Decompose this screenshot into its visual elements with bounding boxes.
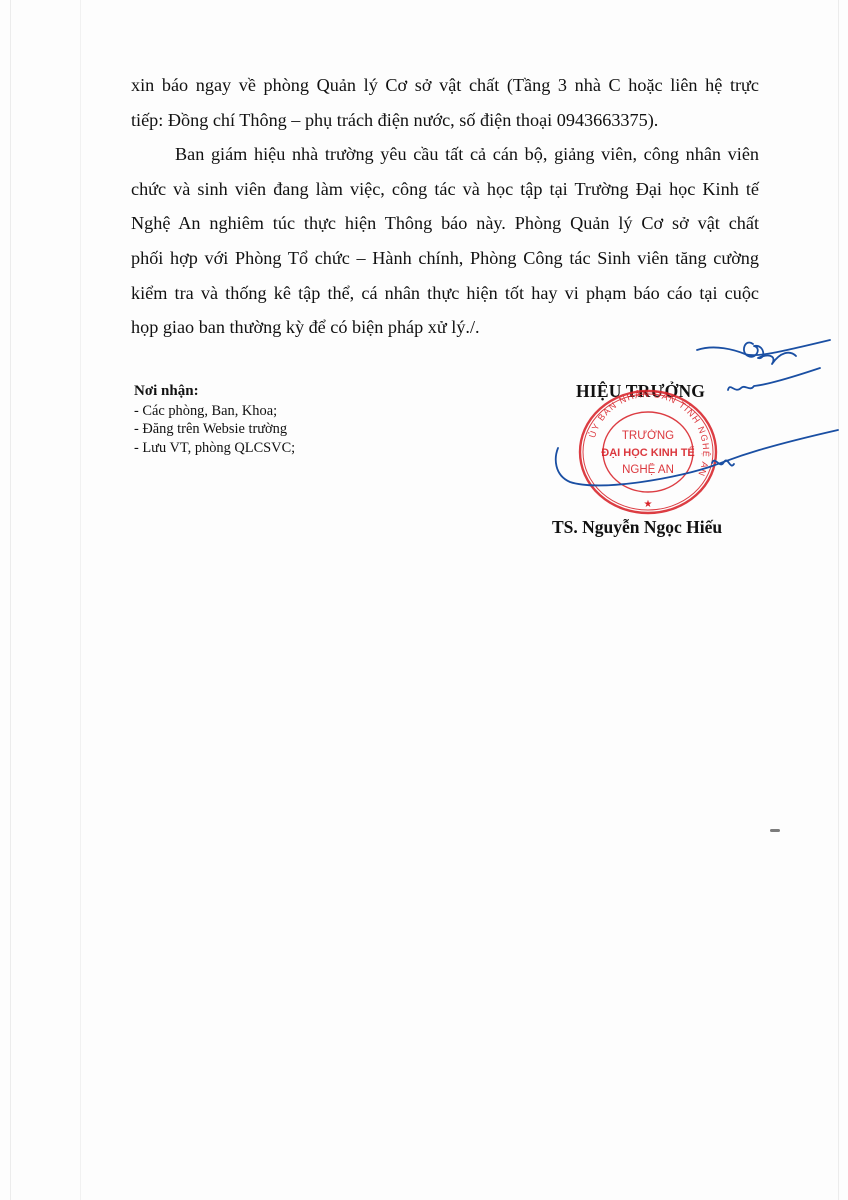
- stamp-line: ĐẠI HỌC KINH TẾ: [601, 446, 695, 459]
- text-line: tiếp: Đồng chí Thông – phụ trách điện nư…: [131, 103, 759, 138]
- text-line: phối hợp với Phòng Tổ chức – Hành chính,…: [131, 241, 759, 276]
- scan-edge: [10, 0, 11, 1200]
- stamp-star-icon: ★: [644, 499, 653, 510]
- text-line: kiểm tra và thống kê tập thể, cá nhân th…: [131, 276, 759, 311]
- paragraph-directive: Ban giám hiệu nhà trường yêu cầu tất cả …: [131, 137, 759, 345]
- paragraph-contact: xin báo ngay về phòng Quản lý Cơ sở vật …: [131, 68, 759, 137]
- text-line: chức và sinh viên đang làm việc, công tá…: [131, 172, 759, 207]
- document-body: xin báo ngay về phòng Quản lý Cơ sở vật …: [131, 68, 759, 345]
- signer-name: TS. Nguyễn Ngọc Hiếu: [552, 517, 722, 538]
- scan-edge: [80, 0, 81, 1200]
- stamp-line: NGHỆ AN: [622, 463, 674, 476]
- text-line: xin báo ngay về phòng Quản lý Cơ sở vật …: [131, 68, 759, 103]
- scan-speck: [770, 829, 780, 832]
- stamp-line: TRƯỜNG: [622, 429, 674, 442]
- recipient-item: - Các phòng, Ban, Khoa;: [134, 402, 295, 421]
- recipients-block: Nơi nhận: - Các phòng, Ban, Khoa; - Đăng…: [134, 382, 295, 457]
- text-line: Nghệ An nghiêm túc thực hiện Thông báo n…: [131, 206, 759, 241]
- official-stamp-icon: ỦY BAN NHÂN DÂN TỈNH NGHỆ AN TRƯỜNG ĐẠI …: [577, 389, 719, 515]
- scan-edge: [838, 0, 839, 1200]
- document-page: xin báo ngay về phòng Quản lý Cơ sở vật …: [0, 0, 848, 1200]
- recipients-title: Nơi nhận:: [134, 382, 295, 401]
- recipient-item: - Đăng trên Websie trường: [134, 420, 295, 439]
- text-line: họp giao ban thường kỳ để có biện pháp x…: [131, 310, 759, 345]
- recipient-item: - Lưu VT, phòng QLCSVC;: [134, 439, 295, 458]
- text-line: Ban giám hiệu nhà trường yêu cầu tất cả …: [131, 137, 759, 172]
